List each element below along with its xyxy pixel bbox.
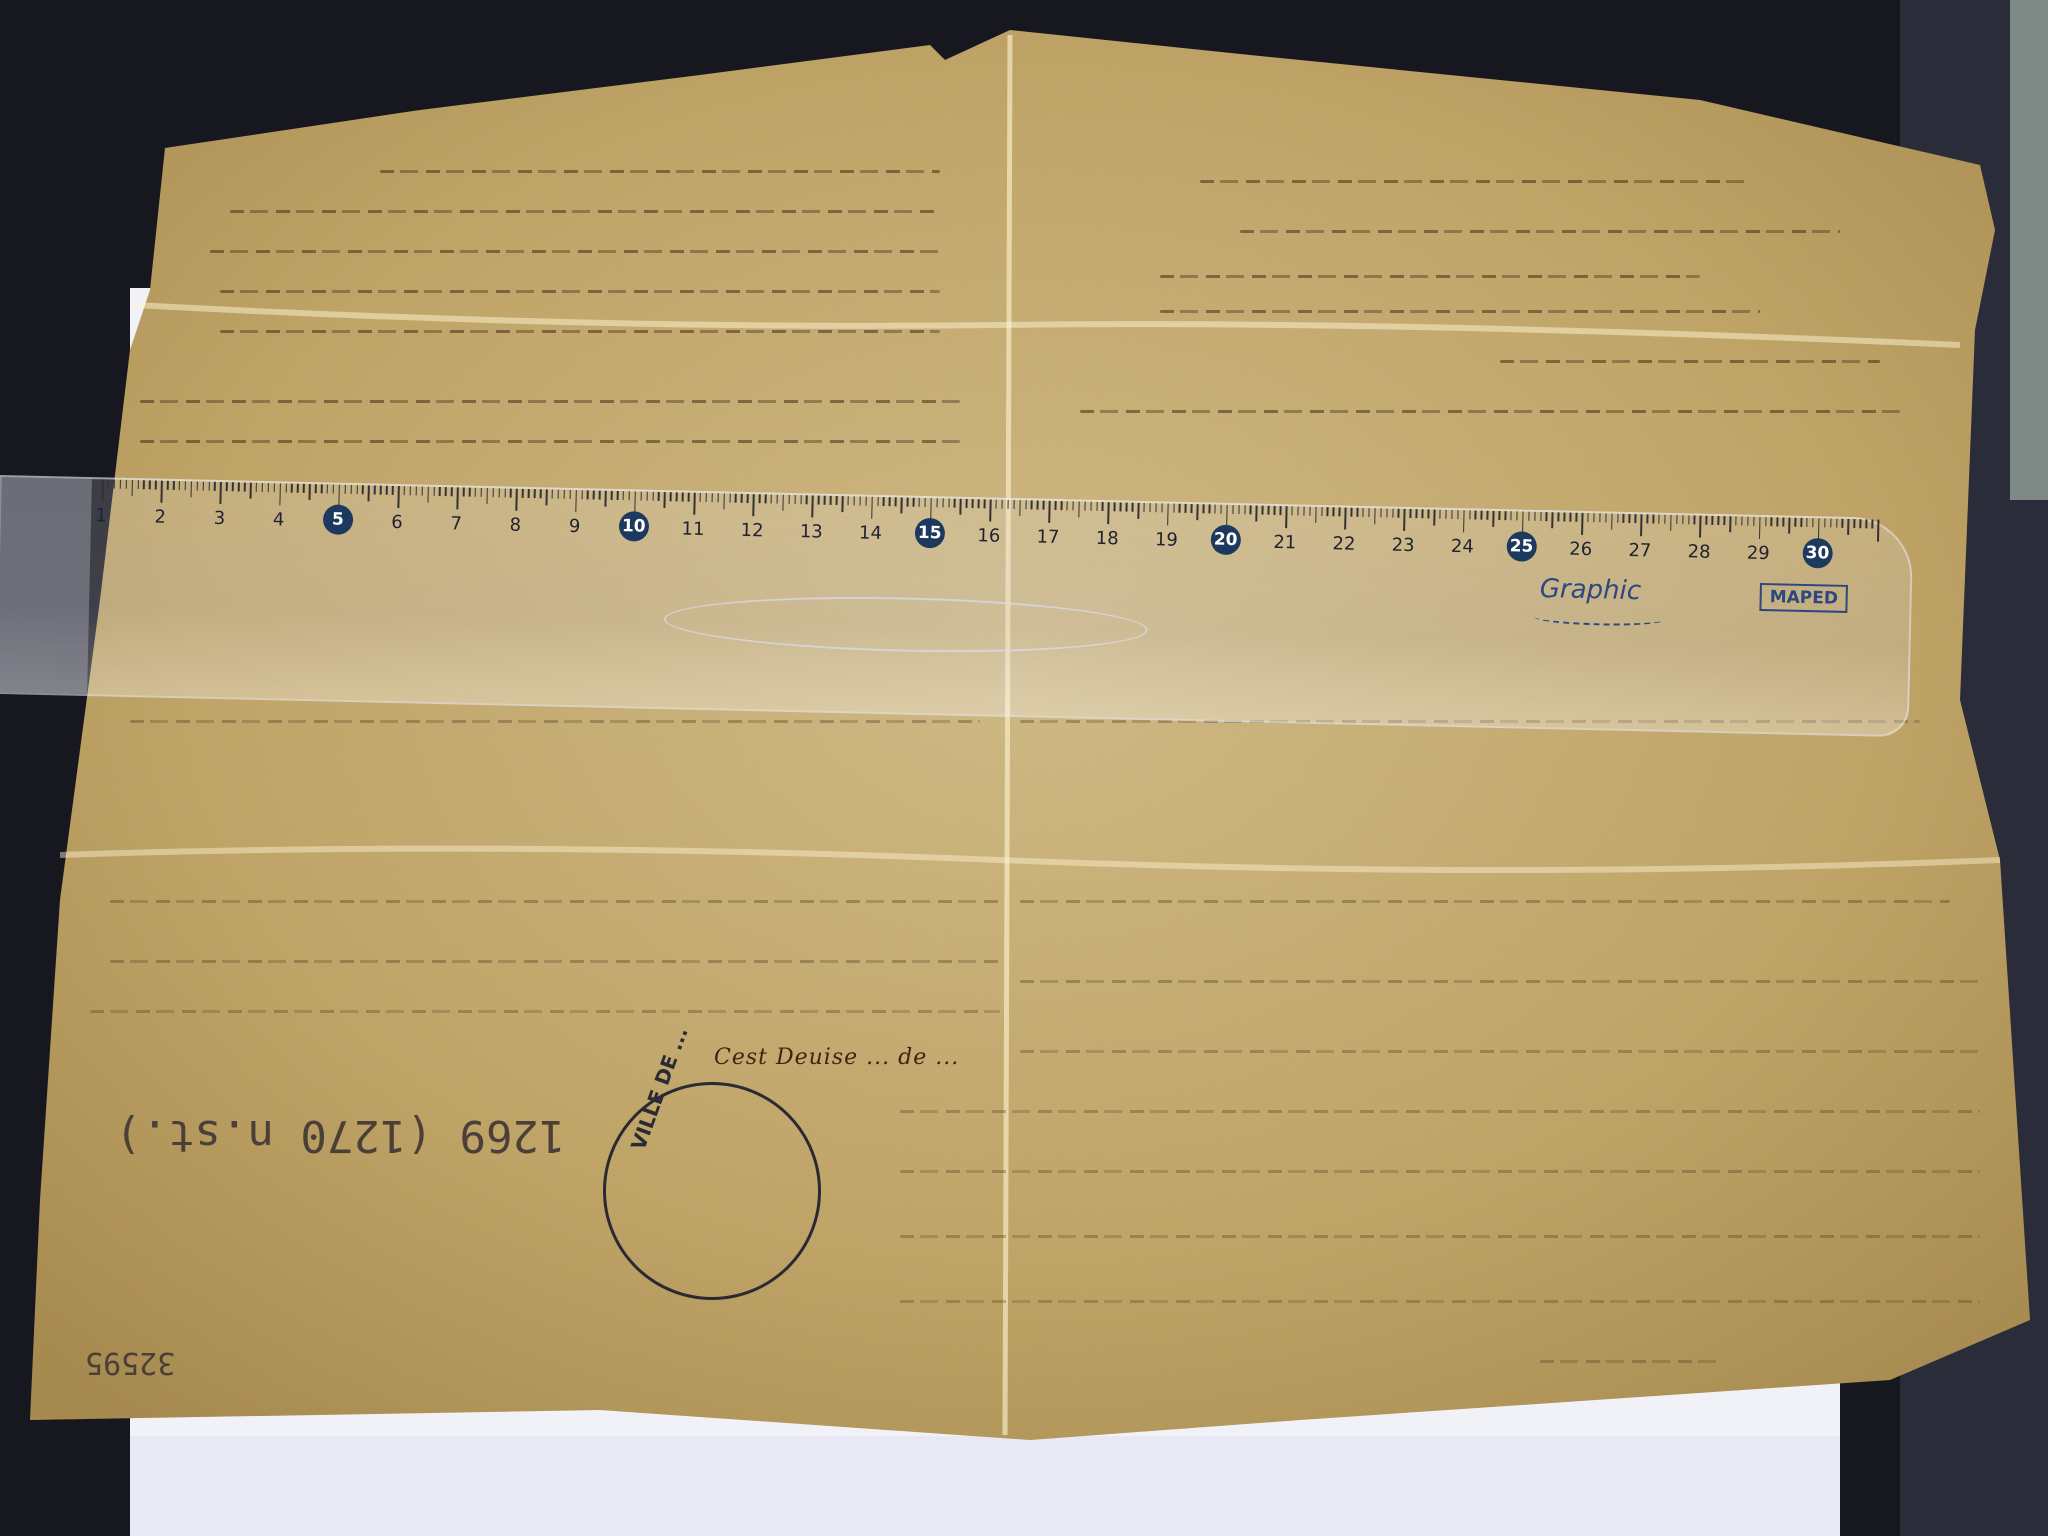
ruler-tick xyxy=(101,479,103,501)
pencil-inventory-number: 32595 xyxy=(85,1345,175,1380)
ruler-tick xyxy=(918,498,920,507)
ruler-tick xyxy=(321,484,323,493)
ruler-tick xyxy=(196,481,198,490)
ruler-tick xyxy=(439,487,441,496)
ruler-number-17: 17 xyxy=(1036,527,1059,549)
ruler-tick xyxy=(889,497,891,506)
ruler-number-29: 29 xyxy=(1747,543,1770,565)
ruler-tick xyxy=(486,488,488,504)
ruler-tick xyxy=(1108,502,1110,524)
ruler-tick xyxy=(504,488,506,497)
ruler-tick xyxy=(1013,500,1015,509)
ruler-tick xyxy=(232,482,234,491)
ruler-tick xyxy=(1102,502,1104,511)
ruler-tick xyxy=(1196,504,1198,520)
ruler-tick xyxy=(492,488,494,497)
ruler-tick xyxy=(457,487,459,509)
ruler-tick xyxy=(1090,502,1092,511)
ruler-tick xyxy=(552,490,554,499)
ruler-tick xyxy=(433,487,435,496)
ruler-tick xyxy=(1741,517,1743,526)
ruler-tick xyxy=(587,490,589,499)
ruler-tick xyxy=(481,488,483,497)
ruler-tick xyxy=(581,490,583,499)
ruler-tick xyxy=(1392,509,1394,518)
ruler-tick xyxy=(238,482,240,491)
ruler-tick xyxy=(771,494,773,503)
ruler-tick xyxy=(1048,501,1050,523)
ruler-tick xyxy=(575,490,577,512)
ruler-tick xyxy=(445,487,447,496)
ruler-tick xyxy=(1860,519,1862,528)
ruler-tick xyxy=(1688,515,1690,524)
ruler-tick xyxy=(557,490,559,499)
ruler-tick xyxy=(1694,515,1696,524)
ruler-tick xyxy=(528,489,530,498)
ruler-tick xyxy=(1084,502,1086,511)
ruler-tick xyxy=(617,491,619,500)
ruler-number-24: 24 xyxy=(1451,536,1474,558)
ruler-tick xyxy=(173,481,175,490)
ruler-tick xyxy=(1185,504,1187,513)
ruler[interactable]: Graphic MAPED 12345678910111213141516171… xyxy=(0,475,1914,737)
ruler-tick xyxy=(688,493,690,502)
ruler-tick xyxy=(1451,510,1453,519)
ruler-tick xyxy=(1078,501,1080,517)
ruler-tick xyxy=(1433,510,1435,526)
ruler-tick xyxy=(114,480,116,489)
ruler-number-3: 3 xyxy=(213,508,225,529)
ruler-tick xyxy=(1540,512,1542,521)
ruler-tick xyxy=(1605,513,1607,522)
ruler-tick xyxy=(1575,513,1577,522)
ruler-tick xyxy=(1717,516,1719,525)
ruler-tick xyxy=(1640,514,1642,536)
ruler-tick xyxy=(1416,509,1418,518)
ruler-tick xyxy=(214,482,216,491)
ruler-tick xyxy=(1492,511,1494,527)
ruler-tick xyxy=(1439,510,1441,519)
ruler-tick xyxy=(1244,505,1246,514)
ruler-tick xyxy=(1179,504,1181,513)
ruler-tick xyxy=(711,493,713,502)
ruler-tick xyxy=(924,498,926,507)
ruler-number-28: 28 xyxy=(1687,541,1710,563)
ruler-tick xyxy=(699,493,701,502)
ruler-tick xyxy=(374,485,376,494)
ruler-number-16: 16 xyxy=(977,525,1000,547)
ruler-tick xyxy=(244,483,246,492)
ruler-tick xyxy=(1351,508,1353,517)
ruler-tick xyxy=(273,483,275,492)
ruler-number-13: 13 xyxy=(800,521,823,543)
ruler-tick xyxy=(1327,507,1329,516)
ruler-tick xyxy=(1132,503,1134,512)
ruler-tick xyxy=(1848,519,1850,535)
ruler-tick xyxy=(735,494,737,503)
ruler-tick xyxy=(262,483,264,492)
pencil-date-note: 1269 (1270 n.st.) xyxy=(115,1110,565,1161)
ruler-tick xyxy=(741,494,743,503)
ruler-tick xyxy=(1475,510,1477,519)
ruler-tick xyxy=(765,494,767,503)
ruler-tick xyxy=(1712,516,1714,525)
ruler-tick xyxy=(1558,512,1560,521)
ruler-tick xyxy=(569,490,571,499)
ruler-tick xyxy=(1842,519,1844,528)
ruler-tick xyxy=(167,481,169,490)
ruler-tick xyxy=(747,494,749,503)
ruler-tick xyxy=(131,480,133,496)
ruler-tick xyxy=(1504,511,1506,520)
ruler-tick xyxy=(421,487,423,496)
ruler-tick xyxy=(1783,517,1785,526)
ruler-tick xyxy=(605,491,607,507)
ruler-tick xyxy=(404,486,406,495)
ruler-tick xyxy=(1800,518,1802,527)
ruler-tick xyxy=(1570,513,1572,522)
ruler-tick xyxy=(693,493,695,515)
ruler-number-21: 21 xyxy=(1273,532,1296,554)
ruler-tick xyxy=(1268,506,1270,515)
ruler-tick xyxy=(415,486,417,495)
ruler-tick xyxy=(469,488,471,497)
ruler-tick xyxy=(877,497,879,506)
ruler-tick xyxy=(563,490,565,499)
ruler-tick xyxy=(315,484,317,493)
ruler-tick xyxy=(1339,507,1341,516)
ruler-tick xyxy=(1250,505,1252,514)
ruler-tick xyxy=(1114,502,1116,511)
ruler-tick xyxy=(1877,520,1879,542)
ruler-tick xyxy=(1001,500,1003,509)
ruler-tick xyxy=(463,488,465,497)
ruler-tick xyxy=(824,496,826,505)
ruler-number-8: 8 xyxy=(509,515,521,536)
ruler-tick xyxy=(640,492,642,501)
ruler-tick xyxy=(516,489,518,511)
ruler-tick xyxy=(705,493,707,502)
ruler-tick xyxy=(1191,504,1193,513)
ruler-tick xyxy=(830,496,832,505)
ruler-tick xyxy=(646,492,648,501)
ruler-tick xyxy=(208,482,210,491)
ruler-tick xyxy=(220,482,222,504)
ruler-number-15: 15 xyxy=(914,518,945,549)
ruler-tick xyxy=(865,497,867,506)
ruler-tick xyxy=(670,492,672,501)
ruler-tick xyxy=(1291,506,1293,515)
ruler-tick xyxy=(190,481,192,497)
ruler-tick xyxy=(1214,505,1216,514)
ruler-tick xyxy=(1463,510,1465,532)
ruler-tick xyxy=(972,499,974,508)
ruler-tick xyxy=(1238,505,1240,514)
ruler-tick xyxy=(1593,513,1595,522)
ruler-tick xyxy=(392,486,394,495)
ruler-tick xyxy=(540,489,542,498)
ruler-tick xyxy=(1025,500,1027,509)
ruler-tick xyxy=(1457,510,1459,519)
ruler-tick xyxy=(309,484,311,500)
ruler-tick xyxy=(1753,517,1755,526)
ruler-tick xyxy=(847,496,849,505)
ruler-tick xyxy=(628,491,630,500)
ruler-tick xyxy=(782,495,784,511)
ruler-tick xyxy=(1096,502,1098,511)
ruler-tick xyxy=(1498,511,1500,520)
ruler-tick xyxy=(1333,507,1335,516)
ruler-tick xyxy=(1126,503,1128,512)
ruler-tick xyxy=(1167,503,1169,525)
ruler-tick xyxy=(1682,515,1684,524)
ruler-tick xyxy=(285,483,287,492)
ruler-number-20: 20 xyxy=(1210,524,1241,555)
ruler-tick xyxy=(1155,503,1157,512)
ruler-tick xyxy=(1510,511,1512,520)
ruler-tick xyxy=(1061,501,1063,510)
ruler-number-2: 2 xyxy=(154,507,166,528)
ruler-tick xyxy=(1149,503,1151,512)
ruler-tick xyxy=(1871,519,1873,528)
ruler-tick xyxy=(250,483,252,499)
ruler-tick xyxy=(1303,507,1305,516)
ruler-left-edge xyxy=(0,477,92,694)
ruler-tick xyxy=(1706,516,1708,525)
ruler-number-26: 26 xyxy=(1569,539,1592,561)
ruler-tick xyxy=(108,479,110,488)
ruler-tick xyxy=(1581,513,1583,535)
ruler-tick xyxy=(729,494,731,503)
ruler-tick xyxy=(380,486,382,495)
ruler-tick xyxy=(1629,514,1631,523)
ruler-tick xyxy=(1788,518,1790,534)
ruler-tick xyxy=(1398,509,1400,518)
ruler-tick xyxy=(498,488,500,497)
ruler-tick xyxy=(960,499,962,515)
ruler-tick xyxy=(1599,513,1601,522)
ruler-tick xyxy=(776,495,778,504)
ruler-tick xyxy=(1120,502,1122,511)
ruler-tick xyxy=(1658,515,1660,524)
ruler-tick xyxy=(1321,507,1323,516)
ruler-tick xyxy=(1729,516,1731,532)
ruler-tick xyxy=(752,494,754,516)
ruler-number-9: 9 xyxy=(569,516,581,537)
ruler-tick xyxy=(1552,512,1554,528)
ruler-number-1: 1 xyxy=(95,505,107,526)
ruler-tick xyxy=(333,485,335,494)
ruler-tick xyxy=(119,480,121,489)
ruler-tick xyxy=(1368,508,1370,517)
ruler-tick xyxy=(409,486,411,495)
ruler-tick xyxy=(1735,516,1737,525)
ruler-tick xyxy=(1747,517,1749,526)
ruler-tick xyxy=(895,497,897,506)
ruler-tick xyxy=(1759,517,1761,539)
ruler-tick xyxy=(853,496,855,505)
ruler-tick xyxy=(1410,509,1412,518)
ruler-tick xyxy=(338,485,340,507)
ruler-number-30: 30 xyxy=(1802,538,1833,569)
ruler-tick xyxy=(1220,505,1222,514)
ruler-tick xyxy=(427,487,429,503)
ruler-tick xyxy=(155,481,157,490)
ruler-tick xyxy=(599,491,601,500)
ruler-tick xyxy=(350,485,352,494)
ruler-tick xyxy=(1481,511,1483,520)
ruler-tick xyxy=(161,481,163,503)
ruler-tick xyxy=(362,485,364,494)
ruler-tick xyxy=(1765,517,1767,526)
ruler-tick xyxy=(1137,503,1139,519)
ruler-tick xyxy=(1528,512,1530,521)
ruler-tick xyxy=(149,480,151,489)
ruler-number-10: 10 xyxy=(618,511,649,542)
ruler-tick xyxy=(202,482,204,491)
ruler-tick xyxy=(948,499,950,508)
ruler-tick xyxy=(1865,519,1867,528)
ruler-tick xyxy=(800,495,802,504)
ruler-tick xyxy=(1794,518,1796,527)
ruler-tick xyxy=(652,492,654,501)
ruler-tick xyxy=(907,498,909,507)
ruler-tick xyxy=(386,486,388,495)
ruler-tick xyxy=(1427,509,1429,518)
ruler-number-7: 7 xyxy=(450,513,462,534)
ruler-tick xyxy=(1623,514,1625,523)
ruler-tick xyxy=(930,498,932,520)
ruler-number-6: 6 xyxy=(391,512,403,533)
ruler-tick xyxy=(978,499,980,508)
ruler-tick xyxy=(942,498,944,507)
ruler-tick xyxy=(1806,518,1808,527)
ruler-tick xyxy=(327,484,329,493)
ruler-number-22: 22 xyxy=(1332,533,1355,555)
ruler-tick xyxy=(1617,514,1619,523)
ruler-tick xyxy=(1309,507,1311,516)
ruler-tick xyxy=(1362,508,1364,517)
ruler-tick xyxy=(545,489,547,505)
ruler-tick xyxy=(1285,506,1287,528)
ruler-number-19: 19 xyxy=(1155,529,1178,551)
ruler-tick xyxy=(1670,515,1672,531)
ruler-tick xyxy=(185,481,187,490)
ruler-stencil-slot xyxy=(663,592,1148,657)
ruler-tick xyxy=(1226,505,1228,527)
ruler-number-11: 11 xyxy=(681,518,704,540)
ruler-tick xyxy=(1232,505,1234,514)
ruler-tick xyxy=(989,499,991,521)
ruler-tick xyxy=(451,487,453,496)
ruler-tick xyxy=(1344,508,1346,530)
ruler-tick xyxy=(1676,515,1678,524)
ruler-tick xyxy=(1055,501,1057,510)
ruler-tick xyxy=(1173,504,1175,513)
ruler-tick xyxy=(1274,506,1276,515)
ruler-tick xyxy=(818,496,820,505)
ruler-tick xyxy=(344,485,346,494)
ruler-tick xyxy=(723,493,725,509)
ruler-tick xyxy=(279,483,281,505)
ruler-tick xyxy=(226,482,228,491)
ruler-tick xyxy=(368,485,370,501)
ruler-tick xyxy=(664,492,666,508)
ruler-number-4: 4 xyxy=(273,509,285,530)
ruler-tick xyxy=(682,492,684,501)
ruler-tick xyxy=(1445,510,1447,519)
ruler-tick xyxy=(256,483,258,492)
handwritten-endorsement: Cest Deuise ... de ... xyxy=(714,1045,959,1070)
ruler-tick xyxy=(1043,501,1045,510)
ruler-tick xyxy=(1203,504,1205,513)
ruler-tick xyxy=(510,489,512,498)
ruler-tick xyxy=(125,480,127,489)
ruler-tick xyxy=(297,484,299,493)
ruler-tick xyxy=(836,496,838,505)
ruler-tick xyxy=(936,498,938,507)
ruler-tick xyxy=(901,497,903,513)
ruler-tick xyxy=(475,488,477,497)
ruler-tick xyxy=(1374,508,1376,524)
ruler-tick xyxy=(1818,518,1820,540)
ruler-tick xyxy=(1836,519,1838,528)
ruler-tick xyxy=(1007,500,1009,509)
ruler-tick xyxy=(883,497,885,506)
ruler-tick xyxy=(1635,514,1637,523)
ruler-tick xyxy=(1297,506,1299,515)
ruler-tick xyxy=(794,495,796,504)
ruler-tick xyxy=(1469,510,1471,519)
ruler-tick xyxy=(913,498,915,507)
ruler-tick xyxy=(143,480,145,489)
ruler-tick xyxy=(634,491,636,513)
ruler-tick xyxy=(397,486,399,508)
ruler-tick xyxy=(1279,506,1281,515)
ruler-tick xyxy=(812,495,814,517)
ruler-tick xyxy=(356,485,358,494)
ruler-tick xyxy=(966,499,968,508)
ruler-tick xyxy=(1771,517,1773,526)
ruler-tick xyxy=(717,493,719,502)
ruler-tick xyxy=(593,490,595,499)
ruler-tick xyxy=(1534,512,1536,521)
ruler-tick xyxy=(1854,519,1856,528)
ruler-tick xyxy=(1587,513,1589,522)
ruler-tick xyxy=(759,494,761,503)
ruler-tick xyxy=(1380,508,1382,517)
ruler-tick xyxy=(611,491,613,500)
ruler-tick xyxy=(788,495,790,504)
ruler-tick xyxy=(1019,500,1021,516)
ruler-number-18: 18 xyxy=(1096,528,1119,550)
ruler-tick xyxy=(1699,516,1701,538)
ruler-tick xyxy=(1777,517,1779,526)
ruler-tick xyxy=(1652,515,1654,524)
ruler-tick xyxy=(1161,503,1163,512)
ruler-tick xyxy=(806,495,808,504)
ruler-tick xyxy=(1611,514,1613,530)
ruler-tick xyxy=(1646,514,1648,523)
ruler-number-14: 14 xyxy=(859,523,882,545)
ruler-tick xyxy=(1066,501,1068,510)
ruler-tick xyxy=(1824,518,1826,527)
ruler-tick xyxy=(291,484,293,493)
ruler-tick xyxy=(623,491,625,500)
ruler-tick xyxy=(534,489,536,498)
ruler-tick xyxy=(1072,501,1074,510)
ruler-number-5: 5 xyxy=(323,504,354,535)
